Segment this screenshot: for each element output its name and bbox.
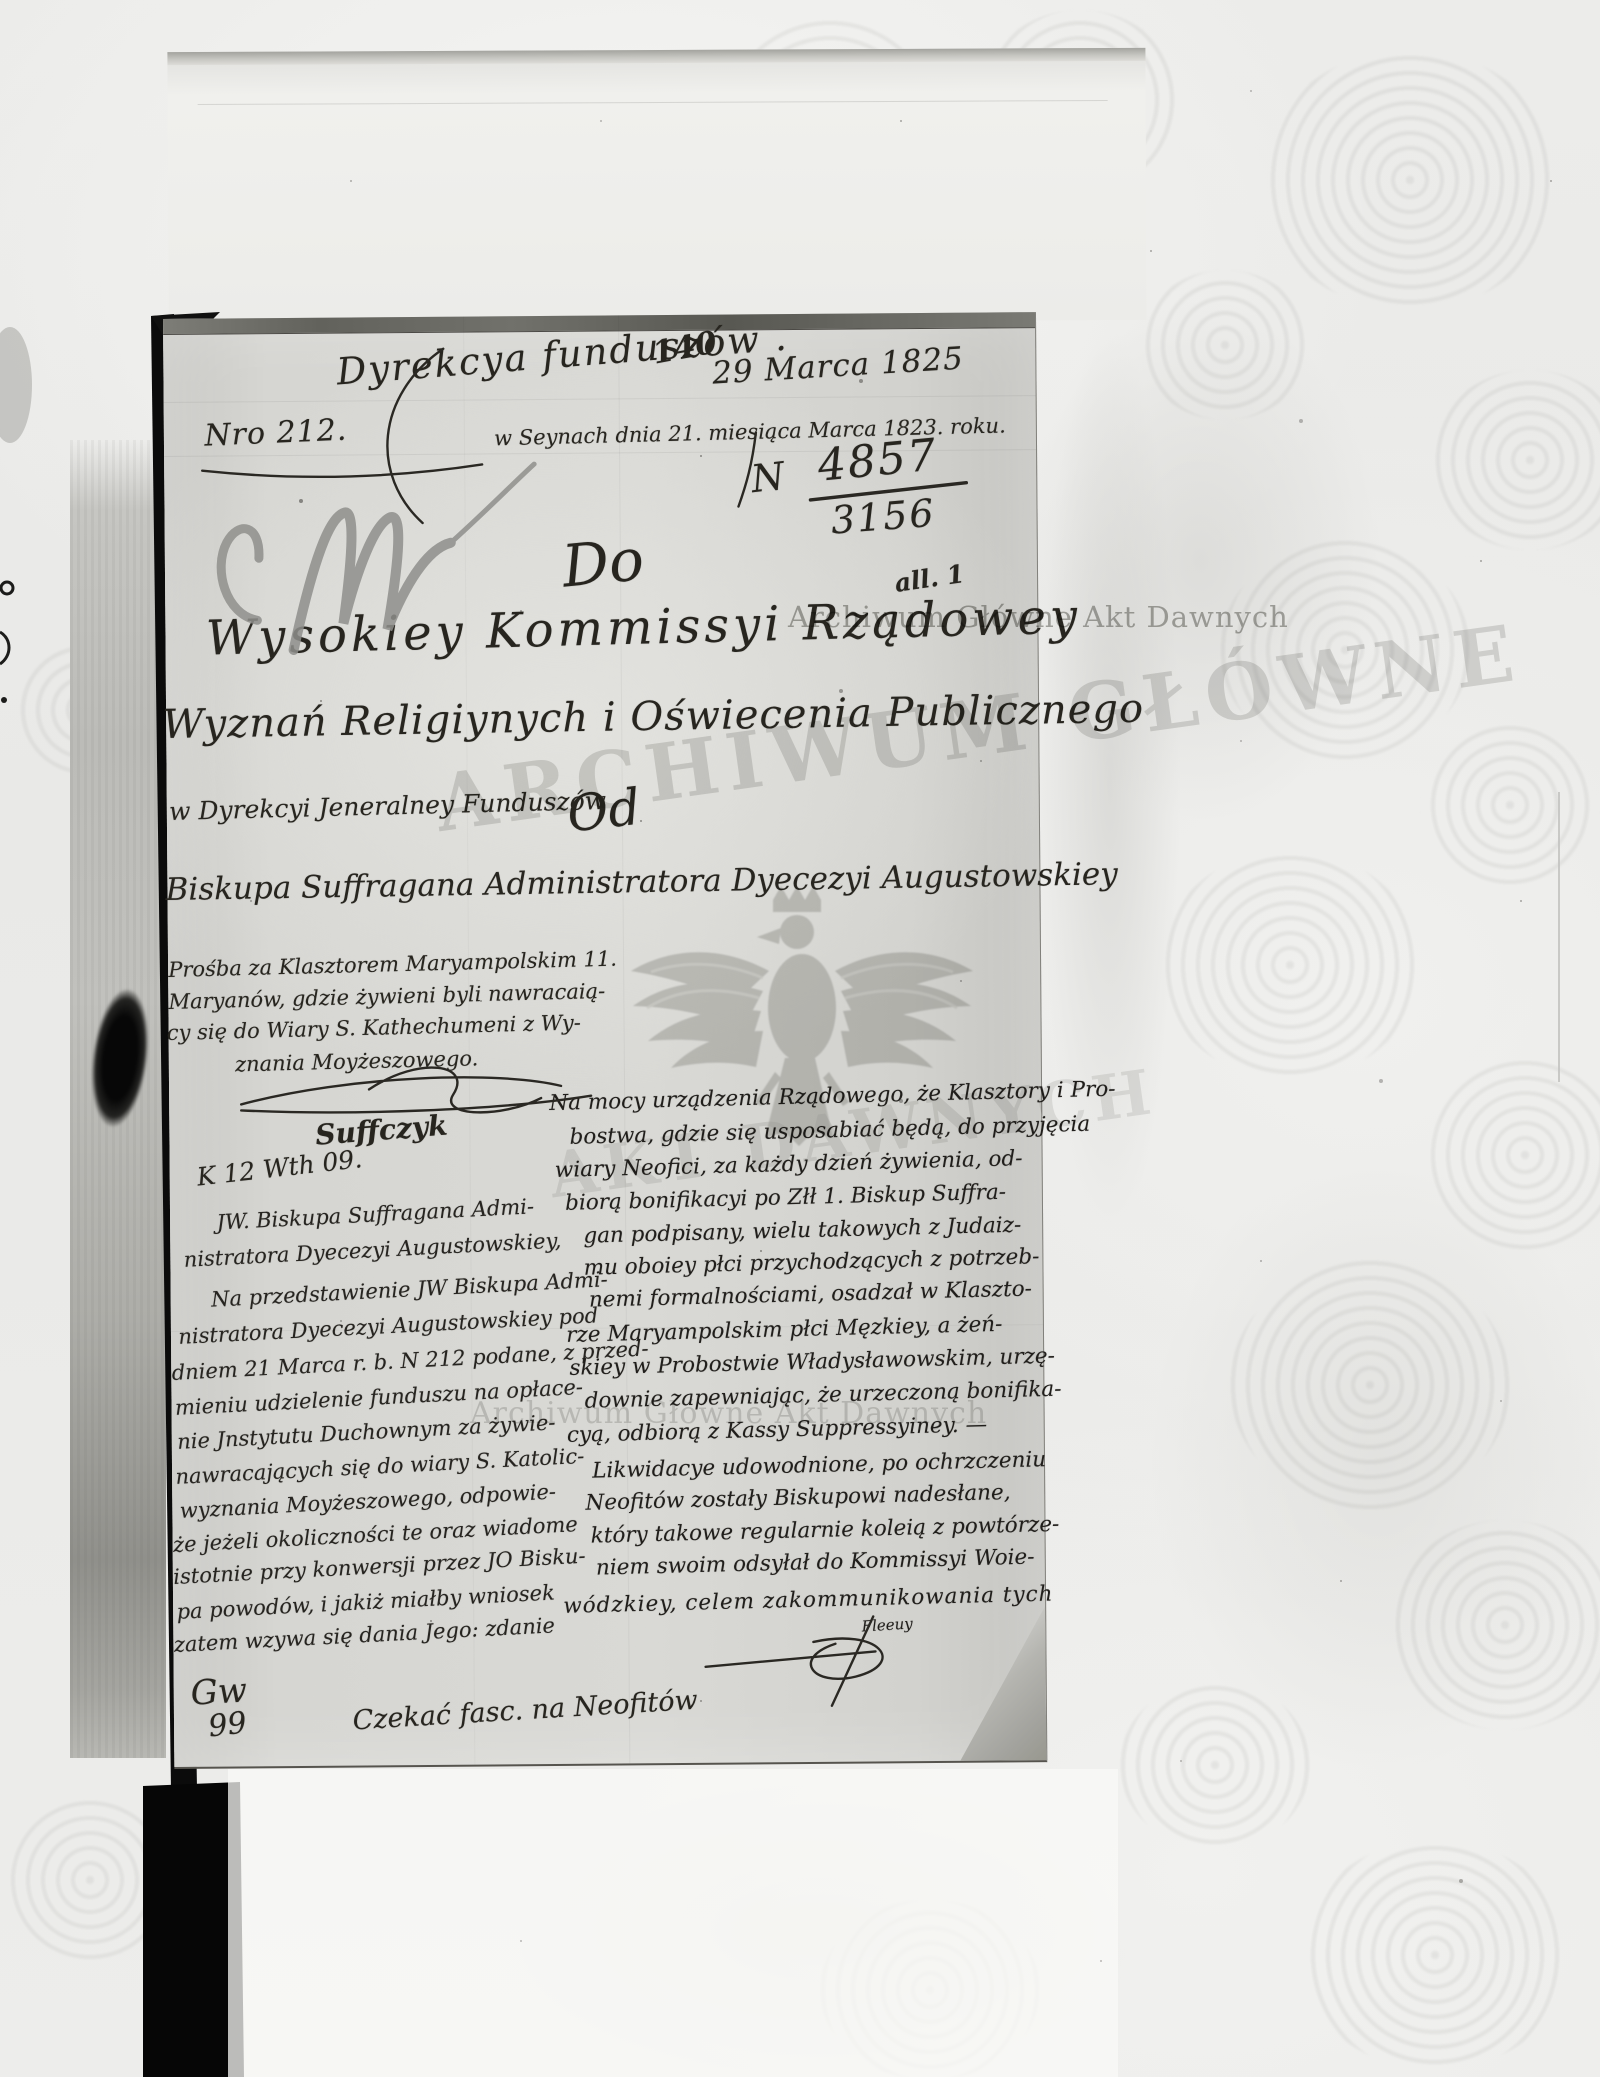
bottom-note: Czekać fasc. na Neofitów <box>352 1687 698 1735</box>
heading-line-1: Wysokiey Kommissyi Rządowey <box>205 593 1081 663</box>
film-swirl <box>1430 370 1600 550</box>
film-swirl <box>1230 1260 1510 1510</box>
heading-line-4: Biskupa Suffragana Administratora Dyecez… <box>165 859 1118 906</box>
film-swirl <box>0 1800 180 1960</box>
margin-mark <box>1 582 13 594</box>
body-line-10: downie zapewniając, że urzeczoną bonifik… <box>584 1379 1061 1413</box>
file-number-prefix: N <box>749 457 786 498</box>
film-swirl <box>1220 540 1470 760</box>
body-line-3: wiary Neofici, za każdy dzień żywienia, … <box>555 1148 1023 1181</box>
film-swirl <box>1120 1680 1310 1850</box>
subject-line-4: znania Moyżeszowego. <box>235 1048 479 1075</box>
draft-line-3: Na przedstawienie JW Biskupa Admi- <box>211 1269 609 1310</box>
body-line-14: który takowe regularnie koleią z powtórz… <box>590 1514 1059 1547</box>
salutation-do: Do <box>560 530 647 595</box>
margin-mark <box>0 632 9 664</box>
edge-smudge <box>0 327 32 443</box>
bottom-initials-2: 99 <box>207 1708 248 1742</box>
dust-speckles <box>0 0 2 2</box>
body-line-4: biorą bonifikacyi po Złł 1. Biskup Suffr… <box>565 1182 1006 1215</box>
body-line-8: rze Maryampolskim płci Męzkiey, a żeń- <box>566 1314 1003 1347</box>
file-number-bottom: 3156 <box>829 494 936 540</box>
subject-line-1: Prośba za Klasztorem Maryampolskim 11. <box>168 949 617 981</box>
draft-line-2: nistratora Dyecezyi Augustowskiey, <box>183 1230 561 1270</box>
dust-speckles <box>0 0 2 2</box>
draft-line-13: zatem wzywa się dania Jego: zdanie <box>173 1615 555 1656</box>
office-note-signature: Suffczyk <box>314 1112 448 1150</box>
underlying-sheet <box>167 48 1146 324</box>
body-line-1: Na mocy urządzenia Rządowego, że Klaszto… <box>549 1079 1116 1115</box>
film-swirl <box>1420 720 1600 890</box>
sheet-top-edge <box>167 48 1145 65</box>
film-swirl <box>1300 1840 1570 2070</box>
manuscript-page: Dyrekcya funduszów .14029 Marca 1825Nro … <box>163 312 1047 1769</box>
heading-line-2: Wyznań Religiynych i Oświecenia Publiczn… <box>162 689 1144 745</box>
draft-line-1: JW. Biskupa Suffragana Admi- <box>216 1196 535 1233</box>
body-line-5: gan podpisany, wielu takowych z Judaiz- <box>583 1215 1021 1248</box>
body-line-13: Neofitów zostały Biskupowi nadesłane, <box>585 1482 1011 1514</box>
margin-mark <box>1 697 7 703</box>
heading-line-3: w Dyrekcyi Jeneralney Funduszów <box>169 788 607 824</box>
film-swirl <box>1140 270 1310 420</box>
subject-line-2: Maryanów, gdzie żywieni byli nawracaią- <box>168 981 605 1013</box>
subject-line-3: cy się do Wiary S. Kathechumeni z Wy- <box>167 1013 582 1044</box>
doc-number: Nro 212. <box>204 416 348 452</box>
film-cloud <box>1020 300 1380 820</box>
exposed-backing-sheet <box>228 1769 1118 2077</box>
film-swirl <box>1420 1060 1600 1250</box>
film-swirl <box>1160 850 1420 1080</box>
film-scratch-line <box>1558 792 1560 1082</box>
body-line-2: bostwa, gdzie się usposabiać będą, do pr… <box>569 1114 1090 1149</box>
film-scan-background: Dyrekcya funduszów .14029 Marca 1825Nro … <box>0 0 1600 2077</box>
manuscript-text-layer: Dyrekcya funduszów .14029 Marca 1825Nro … <box>163 312 1046 1767</box>
body-line-12: Likwidacye udowodnione, po ochrzczeniu <box>592 1449 1046 1482</box>
sheet-fold-line <box>198 100 1108 105</box>
body-line-6: mu oboiey płci przychodzących z potrzeb- <box>583 1246 1039 1279</box>
film-swirl <box>1260 50 1560 310</box>
body-line-16: wódzkiey, celem zakommunikowania tych <box>563 1583 1054 1617</box>
file-number-top: 4857 <box>816 433 940 488</box>
film-swirl <box>1390 1520 1600 1730</box>
heading-line-od: Od <box>565 782 643 840</box>
film-cloud <box>1150 1150 1600 1770</box>
body-line-11: cyą, odbiorą z Kassy Suppressyiney. — <box>567 1414 988 1446</box>
body-line-7: nemi formalnościami, osadzał w Klaszto- <box>589 1278 1033 1311</box>
body-line-15: niem swoim odsyłał do Kommissyi Woie- <box>596 1547 1035 1580</box>
draft-line-7: nie Jnstytutu Duchownym za żywie- <box>177 1412 556 1452</box>
office-note-ref: K 12 Wth 09. <box>196 1146 364 1189</box>
body-signature: Fleeuy <box>861 1616 913 1634</box>
